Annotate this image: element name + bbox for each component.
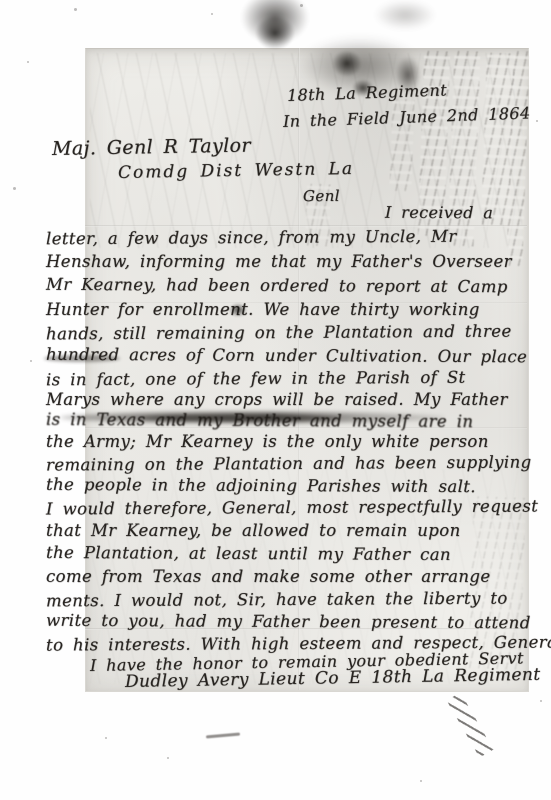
pen-dash-mark <box>206 733 240 739</box>
dust-speck <box>536 120 538 122</box>
dust-speck <box>211 13 213 15</box>
addressee-name: Maj. Genl R Taylor <box>52 135 251 160</box>
letter-line: come from Texas and make some other arra… <box>46 567 491 586</box>
ink-blot <box>240 0 310 45</box>
letter-line: Marys where any crops will be raised. My… <box>46 390 508 409</box>
dust-speck <box>74 8 77 11</box>
letter-line: I would therefore, General, most respect… <box>46 496 538 518</box>
letter-line: Hunter for enrollment. We have thirty wo… <box>46 300 480 319</box>
letter-line-struck: is in Texas and my Brother and myself ar… <box>46 410 473 431</box>
dust-speck <box>167 757 169 759</box>
scanned-letter: 18th La Regiment In the Field June 2nd 1… <box>0 0 551 800</box>
letter-line: ments. I would not, Sir, have taken the … <box>46 589 508 611</box>
letter-line: write to you, had my Father been present… <box>46 611 531 633</box>
letter-line: the Plantation, at least until my Father… <box>46 543 451 564</box>
ink-blot <box>255 16 295 50</box>
letter-line: letter, a few days since, from my Uncle,… <box>46 227 457 249</box>
dust-speck <box>105 737 107 739</box>
letter-line: hundred acres of Corn under Cultivation.… <box>46 345 527 367</box>
ink-smudge <box>374 0 436 30</box>
dust-speck <box>13 187 16 190</box>
letter-line: the people in the adjoining Parishes wit… <box>46 475 476 496</box>
addressee-command: Comdg Dist Westn La <box>118 159 354 183</box>
dust-speck <box>420 780 422 782</box>
letter-line: remaining on the Plantation and has been… <box>46 453 532 475</box>
letter-line: Henshaw, informing me that my Father's O… <box>46 252 512 271</box>
opening-fragment: I received a <box>385 203 493 223</box>
dust-speck <box>30 360 32 362</box>
dust-speck <box>300 4 303 7</box>
dust-speck <box>540 700 542 702</box>
salutation: Genl <box>303 187 340 205</box>
letter-line: that Mr Kearney, be allowed to remain up… <box>46 521 461 540</box>
dust-speck <box>27 61 29 63</box>
ghost-strokes-column <box>481 53 515 226</box>
letter-line: the Army; Mr Kearney is the only white p… <box>46 432 489 451</box>
letter-line: Mr Kearney, had been ordered to report a… <box>46 275 508 296</box>
letter-line: hands, still remaining on the Plantation… <box>46 322 512 344</box>
letter-line: is in fact, one of the few in the Parish… <box>46 368 466 390</box>
scribble-mark <box>447 692 494 757</box>
ghost-strokes-column <box>506 51 529 266</box>
